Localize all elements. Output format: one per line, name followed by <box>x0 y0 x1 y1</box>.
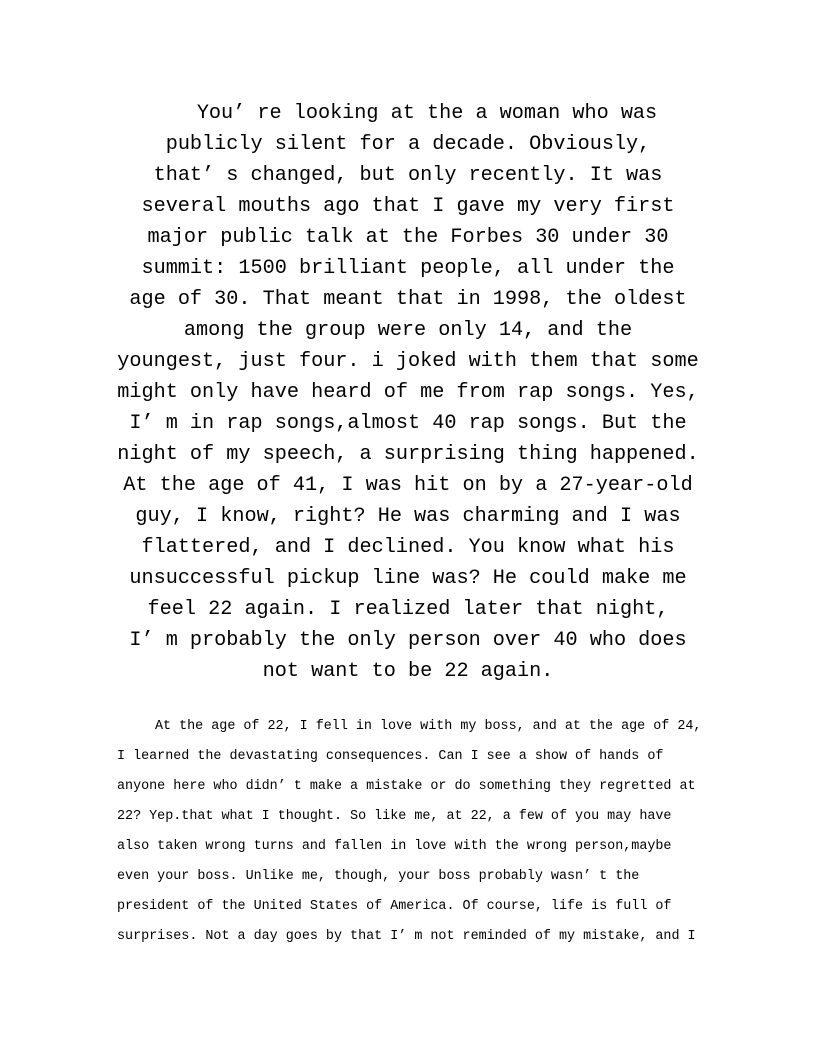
text-line: I’ m in rap songs,almost 40 rap songs. B… <box>117 408 699 439</box>
opening-paragraph: You’ re looking at the a woman who waspu… <box>117 98 699 687</box>
text-line: president of the United States of Americ… <box>117 892 699 922</box>
text-line: flattered, and I declined. You know what… <box>117 532 699 563</box>
text-line: might only have heard of me from rap son… <box>117 377 699 408</box>
text-line: that’ s changed, but only recently. It w… <box>117 160 699 191</box>
text-line: among the group were only 14, and the <box>117 315 699 346</box>
text-line: also taken wrong turns and fallen in lov… <box>117 832 699 862</box>
text-line: anyone here who didn’ t make a mistake o… <box>117 772 699 802</box>
body-paragraph: At the age of 22, I fell in love with my… <box>117 712 699 952</box>
text-line: You’ re looking at the a woman who was <box>117 98 699 129</box>
text-line: age of 30. That meant that in 1998, the … <box>117 284 699 315</box>
text-line: At the age of 41, I was hit on by a 27-y… <box>117 470 699 501</box>
text-line: I’ m probably the only person over 40 wh… <box>117 625 699 656</box>
text-line: not want to be 22 again. <box>117 656 699 687</box>
text-line: At the age of 22, I fell in love with my… <box>117 712 699 742</box>
text-line: 22? Yep.that what I thought. So like me,… <box>117 802 699 832</box>
text-line: publicly silent for a decade. Obviously, <box>117 129 699 160</box>
text-line: I learned the devastating consequences. … <box>117 742 699 772</box>
text-line: several mouths ago that I gave my very f… <box>117 191 699 222</box>
text-line: major public talk at the Forbes 30 under… <box>117 222 699 253</box>
text-line: night of my speech, a surprising thing h… <box>117 439 699 470</box>
document-page: You’ re looking at the a woman who waspu… <box>0 0 816 1056</box>
text-line: even your boss. Unlike me, though, your … <box>117 862 699 892</box>
text-line: summit: 1500 brilliant people, all under… <box>117 253 699 284</box>
text-line: youngest, just four. i joked with them t… <box>117 346 699 377</box>
text-line: unsuccessful pickup line was? He could m… <box>117 563 699 594</box>
text-line: feel 22 again. I realized later that nig… <box>117 594 699 625</box>
text-line: guy, I know, right? He was charming and … <box>117 501 699 532</box>
text-line: surprises. Not a day goes by that I’ m n… <box>117 922 699 952</box>
